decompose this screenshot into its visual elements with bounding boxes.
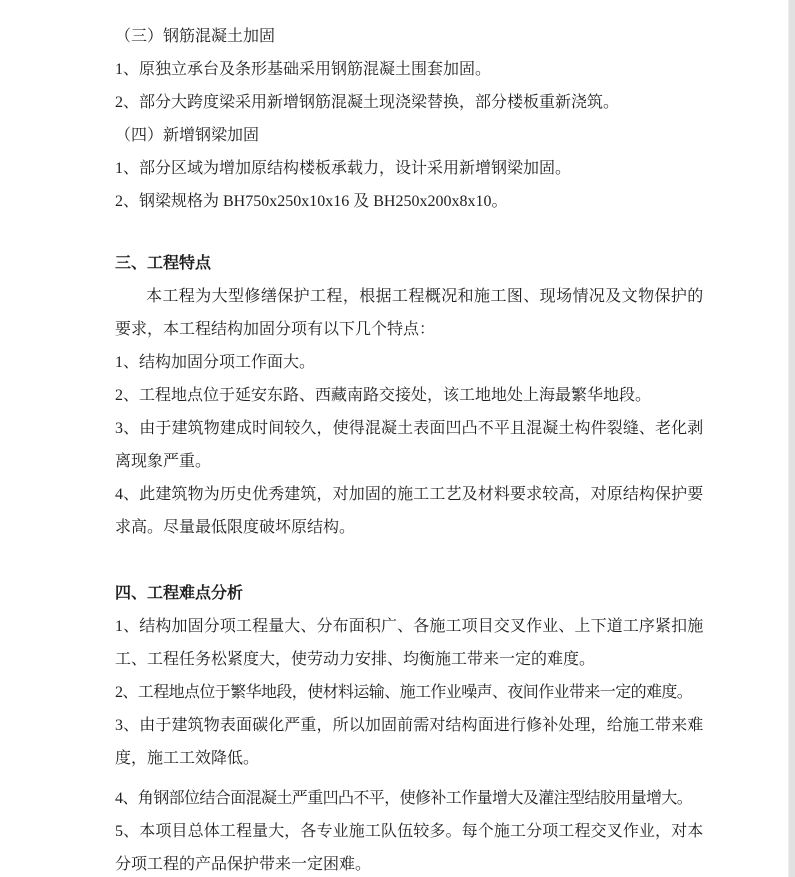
- subsection-title-new-steel-beam: （四）新增钢梁加固: [115, 119, 703, 152]
- doc-line: 分项工程的产品保护带来一定困难。: [115, 848, 703, 877]
- doc-line: 1、原独立承台及条形基础采用钢筋混凝土围套加固。: [115, 53, 703, 86]
- section-title-project-features: 三、工程特点: [115, 247, 703, 280]
- doc-line: 3、由于建筑物表面碳化严重，所以加固前需对结构面进行修补处理，给施工带来难: [115, 709, 703, 742]
- doc-line: 本工程为大型修缮保护工程，根据工程概况和施工图、现场情况及文物保护的: [115, 280, 703, 313]
- doc-line: 度，施工工效降低。: [115, 742, 703, 775]
- subsection-title-rc-reinforcement: （三）钢筋混凝土加固: [115, 20, 703, 53]
- doc-line: 1、部分区域为增加原结构楼板承载力，设计采用新增钢梁加固。: [115, 152, 703, 185]
- doc-line: 4、此建筑物为历史优秀建筑，对加固的施工工艺及材料要求较高，对原结构保护要: [115, 478, 703, 511]
- doc-line: 要求，本工程结构加固分项有以下几个特点：: [115, 313, 703, 346]
- doc-line: 2、工程地点位于延安东路、西藏南路交接处，该工地地处上海最繁华地段。: [115, 379, 703, 412]
- doc-line: 5、本项目总体工程量大，各专业施工队伍较多。每个施工分项工程交叉作业，对本: [115, 815, 703, 848]
- document-page: （三）钢筋混凝土加固 1、原独立承台及条形基础采用钢筋混凝土围套加固。 2、部分…: [0, 0, 788, 877]
- doc-line: 离现象严重。: [115, 445, 703, 478]
- doc-line: 2、工程地点位于繁华地段，使材料运输、施工作业噪声、夜间作业带来一定的难度。: [115, 676, 703, 709]
- doc-line: 1、结构加固分项工程量大、分布面积广、各施工项目交叉作业、上下道工序紧扣施: [115, 610, 703, 643]
- doc-line: 3、由于建筑物建成时间较久，使得混凝土表面凹凸不平且混凝土构件裂缝、老化剥: [115, 412, 703, 445]
- page-edge-gutter: [788, 0, 795, 877]
- doc-line: 4、角钢部位结合面混凝土严重凹凸不平，使修补工作量增大及灌注型结胶用量增大。: [115, 782, 703, 815]
- doc-line: 工、工程任务松紧度大，使劳动力安排、均衡施工带来一定的难度。: [115, 643, 703, 676]
- doc-line: 1、结构加固分项工作面大。: [115, 346, 703, 379]
- section-title-difficulty-analysis: 四、工程难点分析: [115, 577, 703, 610]
- doc-line: 2、钢梁规格为 BH750x250x10x16 及 BH250x200x8x10…: [115, 185, 703, 218]
- doc-line: 2、部分大跨度梁采用新增钢筋混凝土现浇梁替换，部分楼板重新浇筑。: [115, 86, 703, 119]
- doc-line: 求高。尽量最低限度破坏原结构。: [115, 511, 703, 544]
